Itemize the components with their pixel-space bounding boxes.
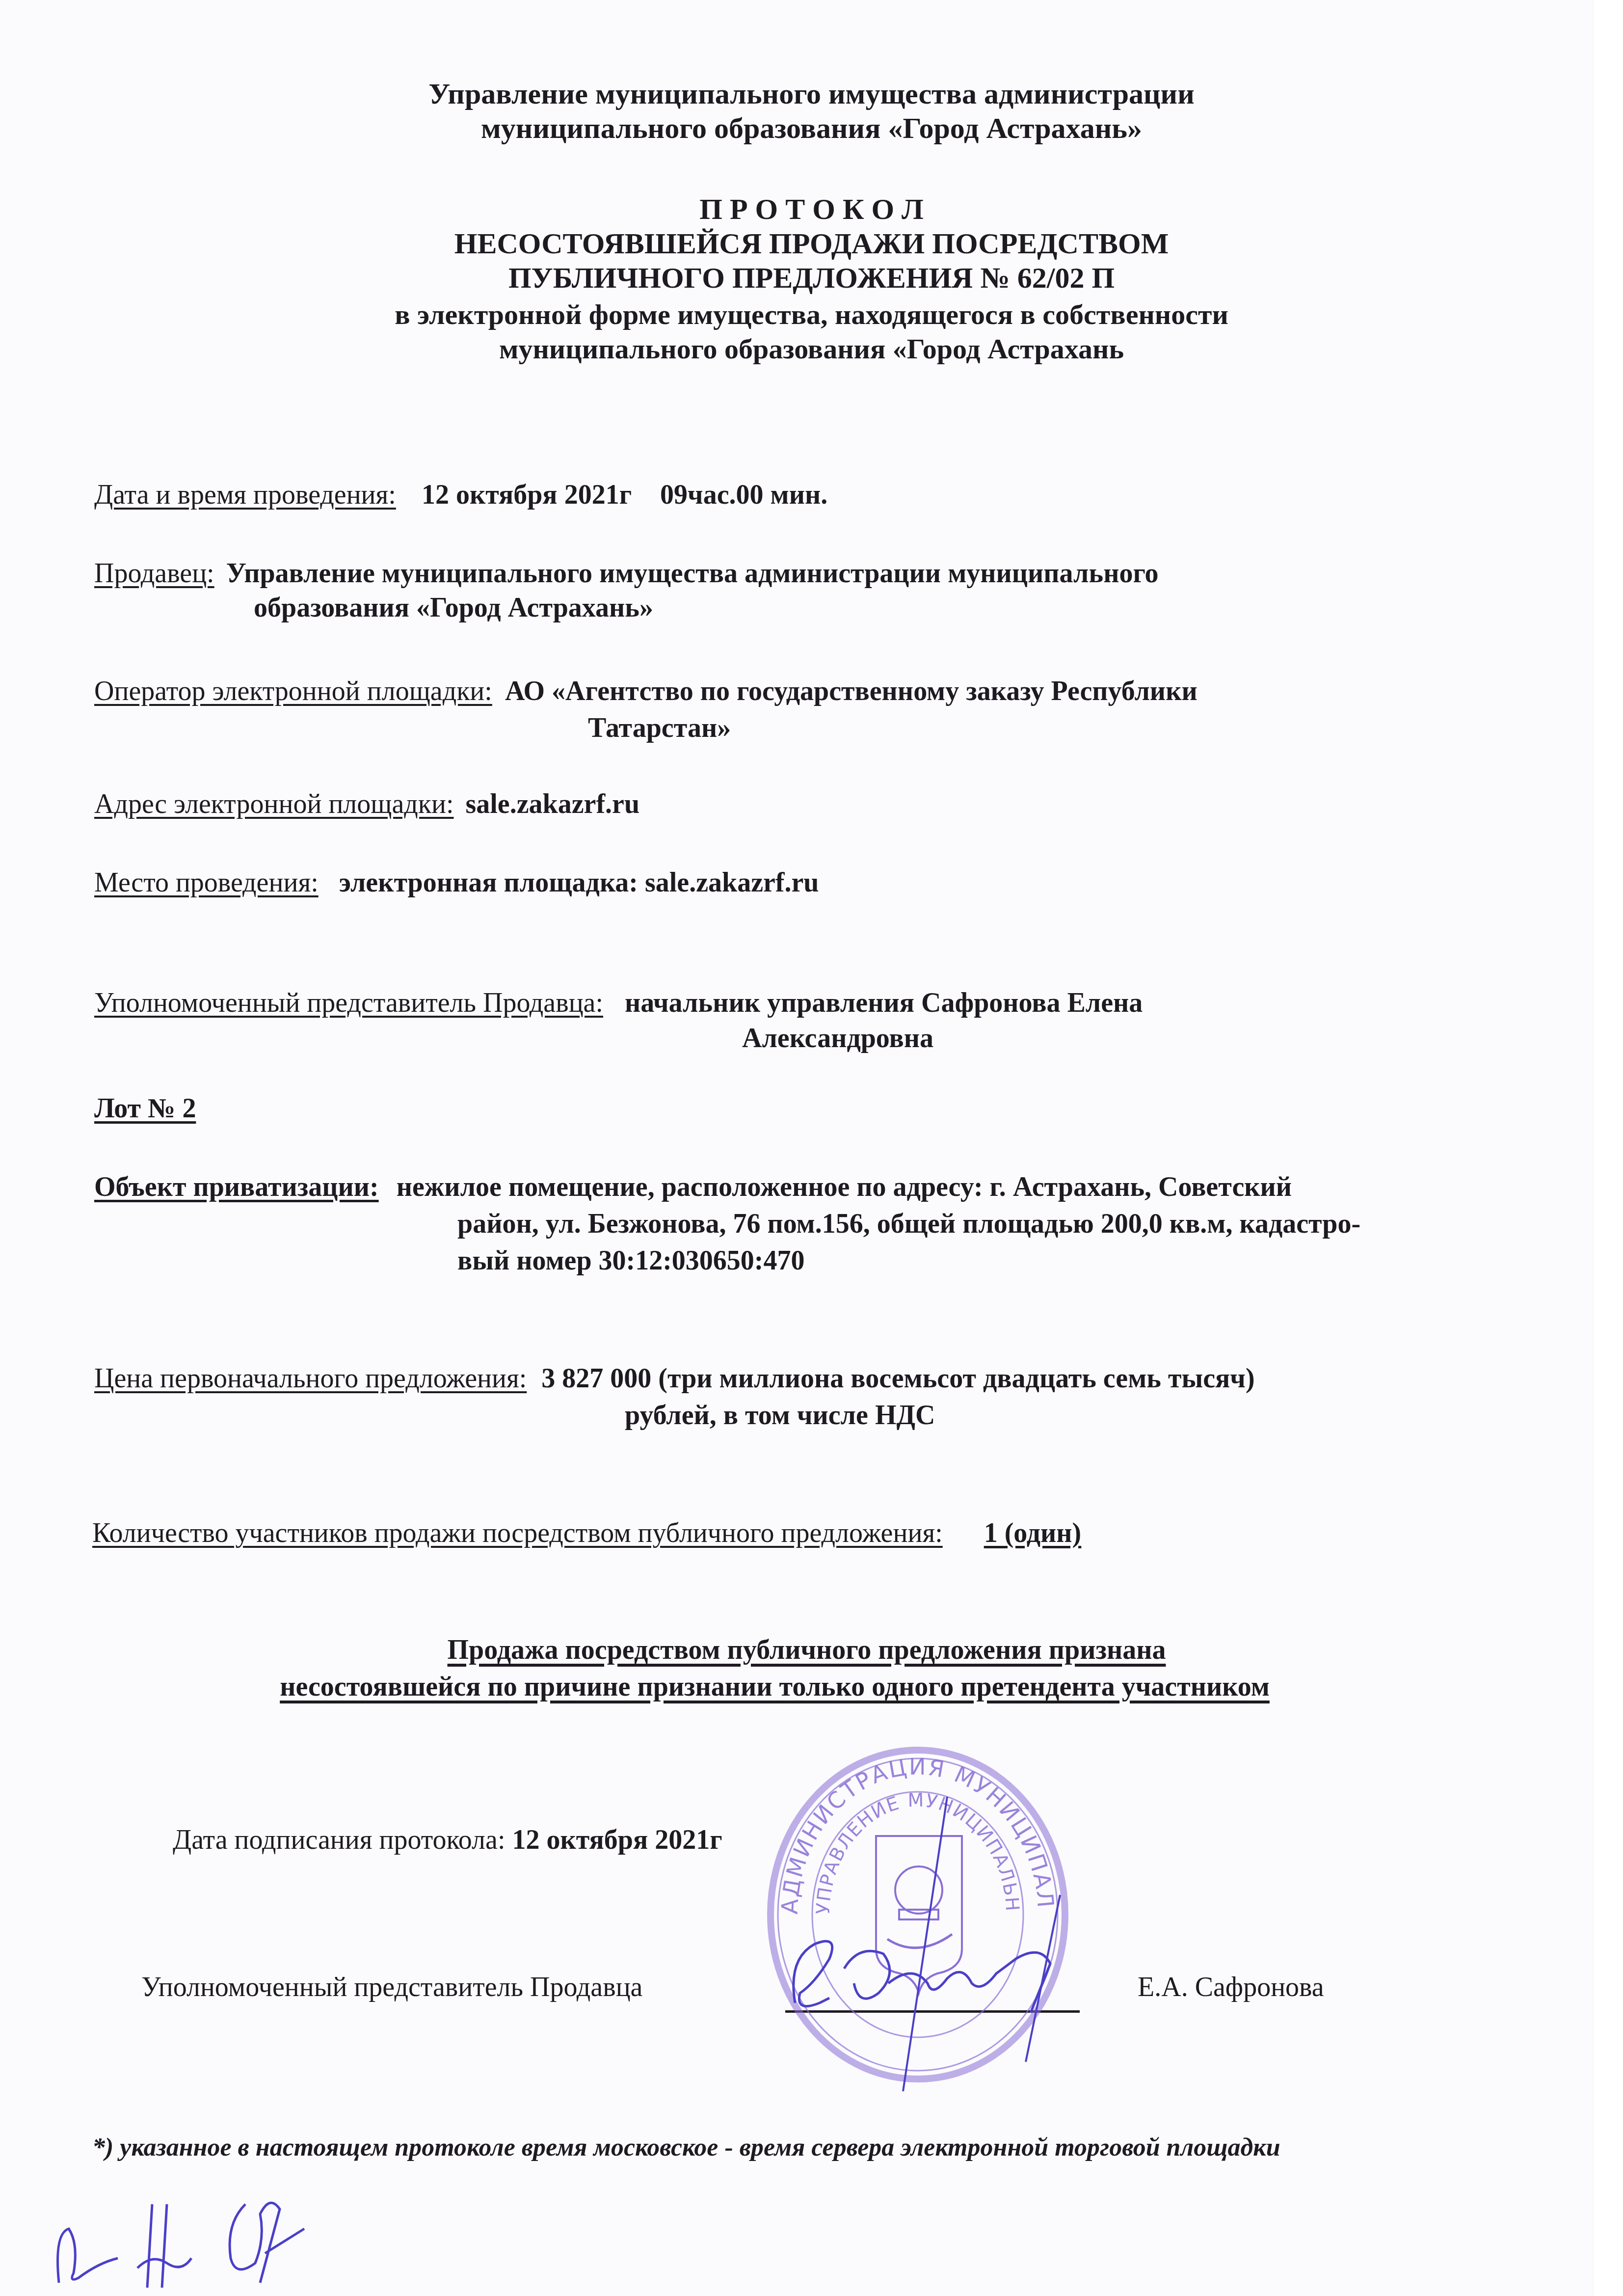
rep-name: Е.А. Сафронова	[1138, 1971, 1324, 2003]
datetime-time: 09час.00 мин.	[660, 480, 827, 510]
venue-value: электронная площадка: sale.zakazrf.ru	[339, 867, 819, 898]
operator-label: Оператор электронной площадки:	[94, 676, 492, 706]
participants-row: Количество участников продажи посредство…	[92, 1517, 1081, 1549]
datetime-date: 12 октября 2021г	[422, 480, 632, 510]
lot-row: Лот № 2	[94, 1092, 196, 1125]
representative-value-line2: Александровна	[742, 1022, 933, 1054]
venue-label: Место проведения:	[94, 867, 319, 898]
address-value: sale.zakazrf.ru	[466, 789, 640, 819]
document-subtitle-line3: в электронной форме имущества, находящег…	[0, 297, 1623, 332]
lot-label: Лот № 2	[94, 1093, 196, 1124]
signing-date-row: Дата подписания протокола: 12 октября 20…	[173, 1824, 722, 1856]
representative-row: Уполномоченный представитель Продавца: н…	[94, 987, 1143, 1019]
rep-signature-label: Уполномоченный представитель Продавца	[141, 1971, 642, 2003]
price-value-line2: рублей, в том числе НДС	[625, 1399, 935, 1432]
seller-label: Продавец:	[94, 558, 214, 589]
representative-label: Уполномоченный представитель Продавца:	[94, 988, 603, 1018]
operator-row: Оператор электронной площадки: АО «Агент…	[94, 675, 1197, 707]
venue-row: Место проведения: электронная площадка: …	[94, 866, 819, 899]
signing-date-value: 12 октября 2021г	[512, 1825, 722, 1855]
price-label: Цена первоначального предложения:	[94, 1363, 527, 1394]
object-value-line2: район, ул. Безжонова, 76 пом.156, общей …	[457, 1208, 1360, 1240]
object-label: Объект приватизации:	[94, 1172, 379, 1202]
object-value-line1: нежилое помещение, расположенное по адре…	[397, 1172, 1292, 1202]
participants-label: Количество участников продажи посредство…	[92, 1518, 943, 1548]
seller-value-line2: образования «Город Астрахань»	[254, 592, 653, 624]
seller-row: Продавец: Управление муниципального имущ…	[94, 557, 1158, 590]
protocol-page: Управление муниципального имущества адми…	[0, 0, 1623, 2296]
document-subtitle-line1: НЕСОСТОЯВШЕЙСЯ ПРОДАЖИ ПОСРЕДСТВОМ	[0, 226, 1623, 261]
seller-value-line1: Управление муниципального имущества адми…	[226, 558, 1159, 589]
address-row: Адрес электронной площадки: sale.zakazrf…	[94, 788, 639, 820]
representative-value-line1: начальник управления Сафронова Елена	[625, 988, 1143, 1018]
address-label: Адрес электронной площадки:	[94, 789, 454, 819]
footnote: *) указанное в настоящем протоколе время…	[92, 2133, 1280, 2162]
document-subtitle-line2: ПУБЛИЧНОГО ПРЕДЛОЖЕНИЯ № 62/02 П	[0, 260, 1623, 296]
operator-value-line1: АО «Агентство по государственному заказу…	[505, 676, 1197, 706]
object-row: Объект приватизации: нежилое помещение, …	[94, 1171, 1292, 1203]
conclusion-line1: Продажа посредством публичного предложен…	[0, 1632, 1623, 1668]
datetime-label: Дата и время проведения:	[94, 480, 396, 510]
price-value-line1: 3 827 000 (три миллиона восемьсот двадца…	[541, 1363, 1254, 1394]
object-value-line3: вый номер 30:12:030650:470	[457, 1244, 805, 1277]
operator-value-line2: Татарстан»	[588, 712, 731, 744]
initials-signatures-icon	[49, 2185, 344, 2293]
document-subtitle-line4: муниципального образования «Город Астрах…	[0, 331, 1623, 367]
conclusion-line2: несостоявшейся по причине признании толь…	[0, 1669, 1623, 1704]
org-name-line2: муниципального образования «Город Астрах…	[0, 110, 1623, 146]
org-name-line1: Управление муниципального имущества адми…	[0, 76, 1623, 111]
participants-value: 1 (один)	[984, 1518, 1082, 1548]
representative-signature-icon	[785, 1797, 1158, 2101]
signing-date-label: Дата подписания протокола:	[173, 1825, 505, 1855]
datetime-row: Дата и время проведения: 12 октября 2021…	[94, 479, 827, 511]
price-row: Цена первоначального предложения: 3 827 …	[94, 1362, 1255, 1395]
document-title: П Р О Т О К О Л	[0, 191, 1623, 227]
